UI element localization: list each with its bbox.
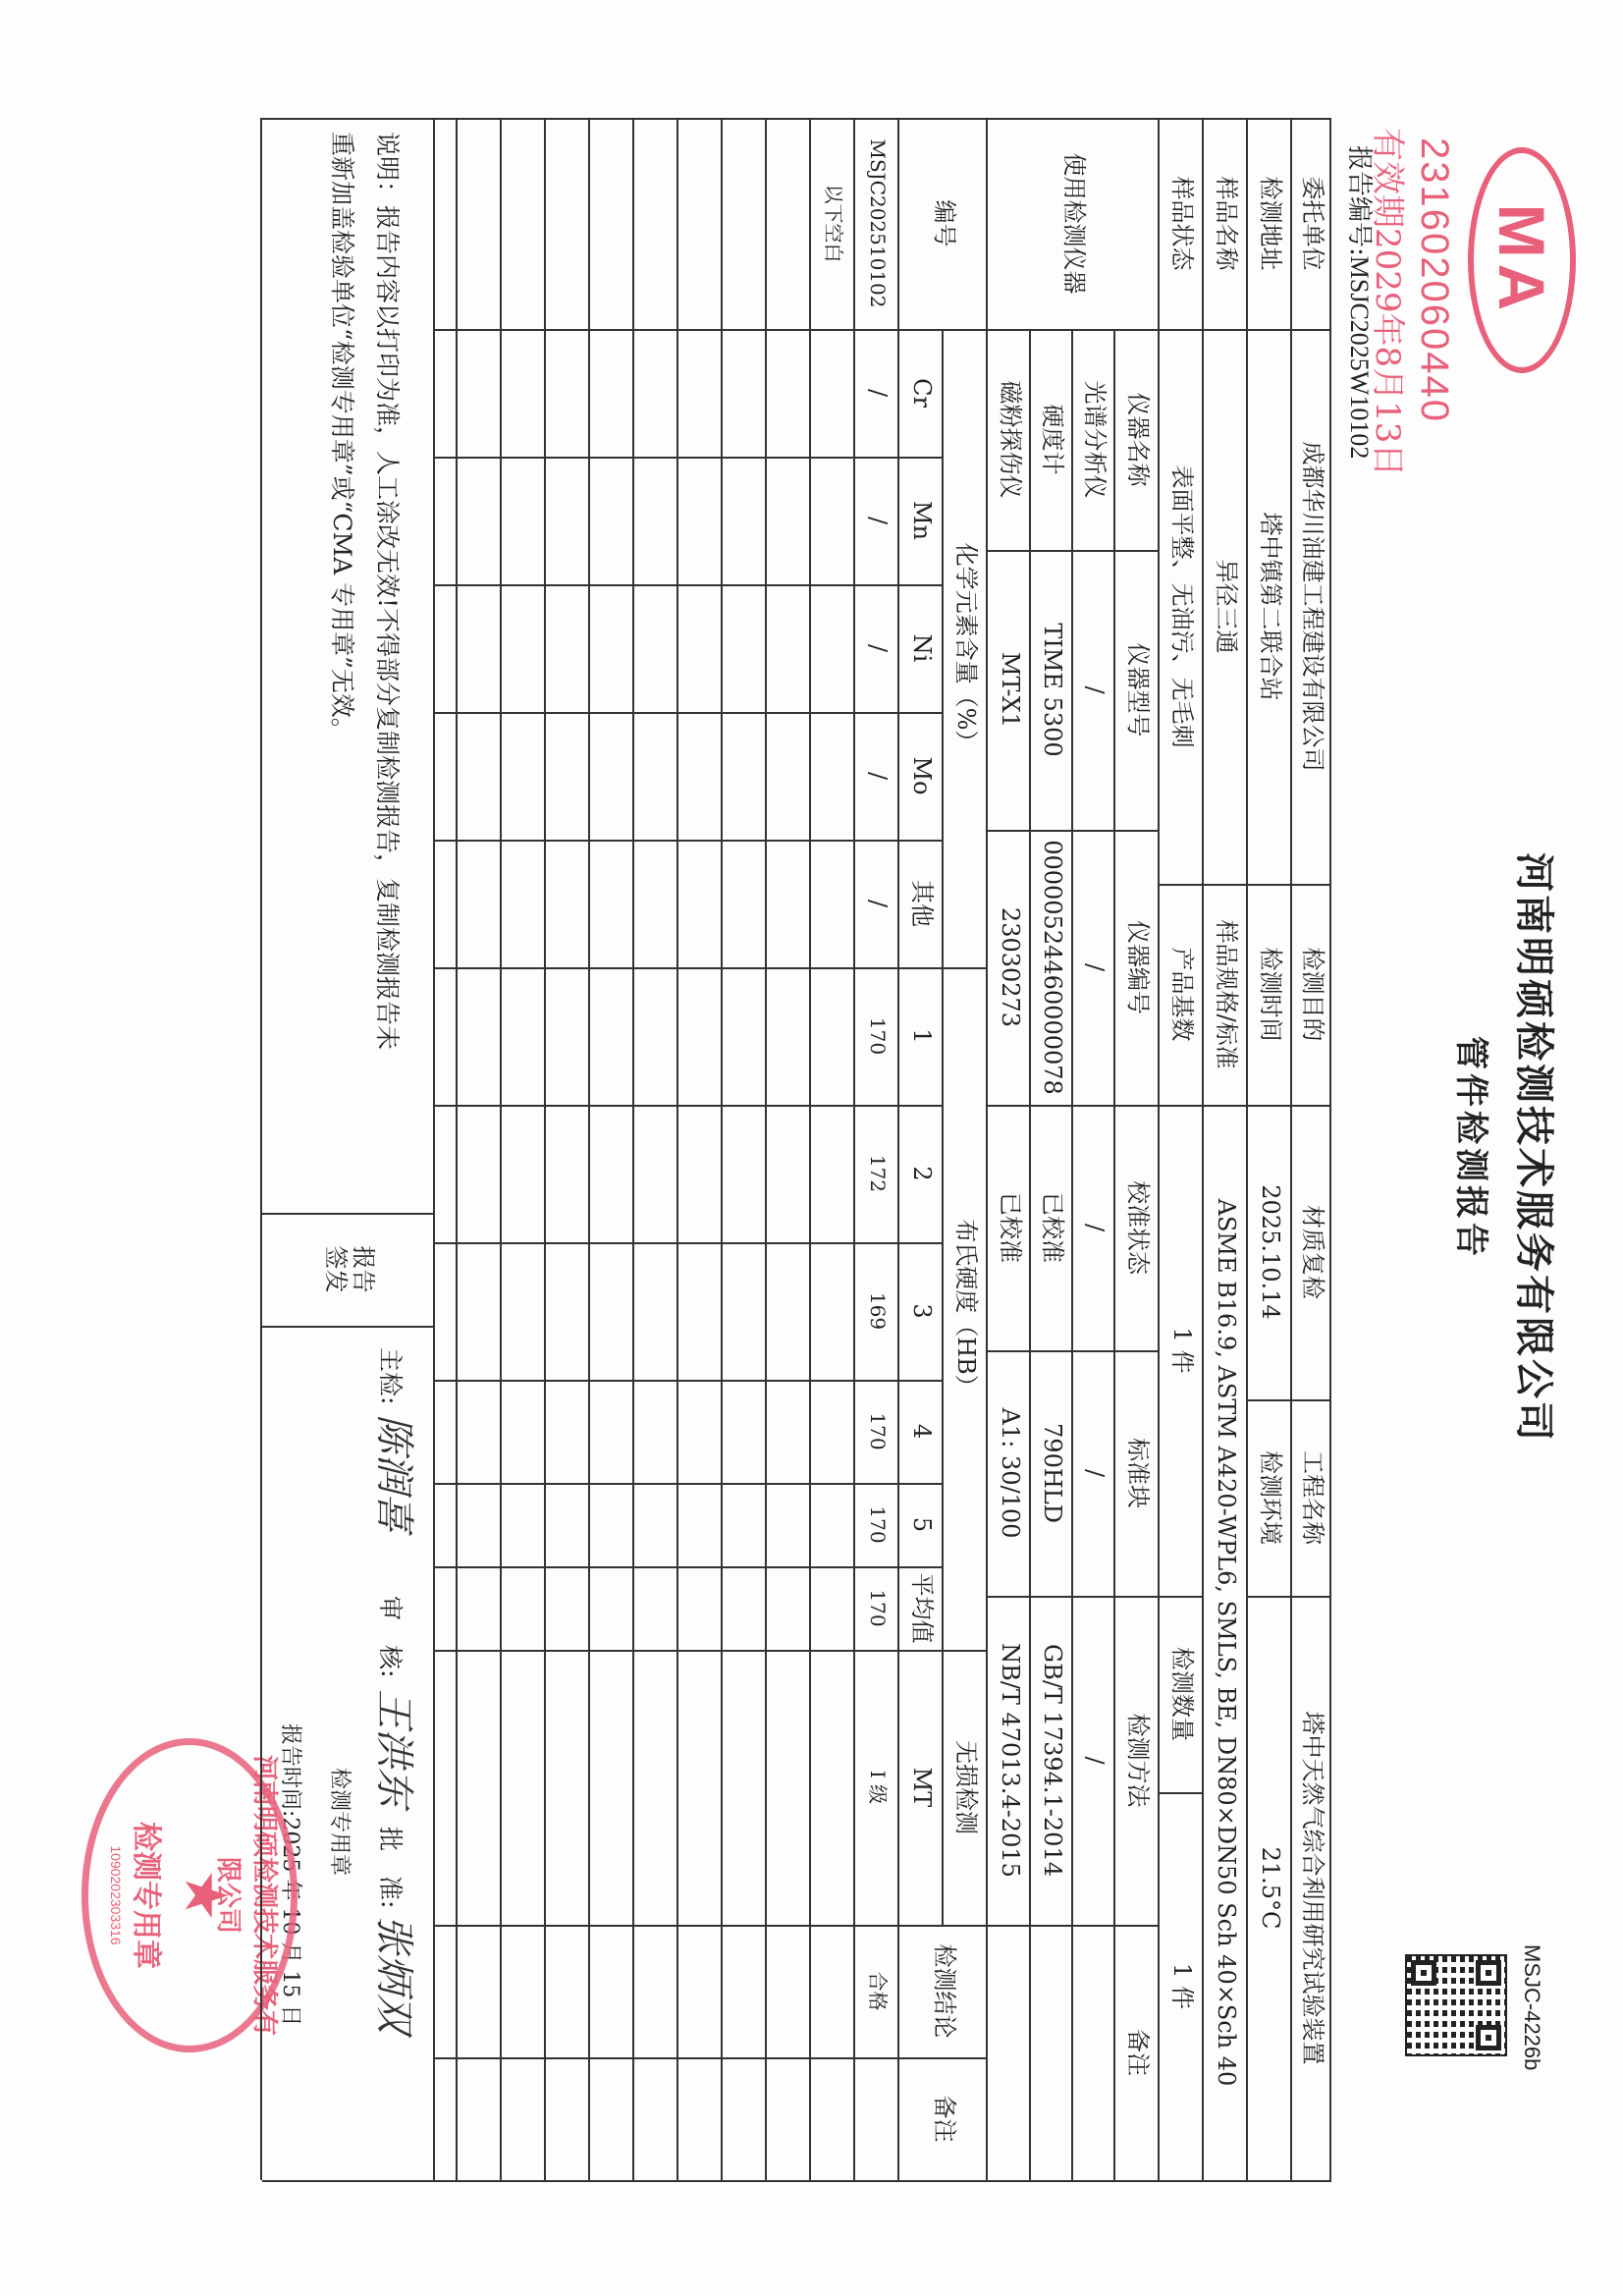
remark-cell xyxy=(855,2057,899,2180)
spec-label: 样品规格/标准 xyxy=(1204,884,1248,1105)
footer-note: 说明：报告内容以打印为准，人工涂改无效!不得部分复制检测报告，复制检测报告未 重… xyxy=(319,132,409,1202)
site-value: 塔中镇第二联合站 xyxy=(1248,329,1292,884)
instrument-cell xyxy=(1031,1925,1073,2180)
hardness-value-cell: 170 xyxy=(855,1483,899,1566)
report-number-value: MSJC2025W10102 xyxy=(1345,256,1374,460)
instrument-col-header: 标准块 xyxy=(1115,1350,1160,1596)
cma-stamp-letters: MA xyxy=(1474,153,1570,367)
footer-note-line-2: 重新加盖检验单位“检测专用章”或“CMA 专用章”无效。 xyxy=(319,132,364,1202)
instrument-cell xyxy=(988,1925,1031,2180)
instrument-cell: / xyxy=(1073,1596,1115,1925)
footer-note-line-1: 说明：报告内容以打印为准，人工涂改无效!不得部分复制检测报告，复制检测报告未 xyxy=(364,132,409,1202)
project-label: 工程名称 xyxy=(1292,1399,1331,1596)
table-rule xyxy=(544,118,546,2180)
table-rule xyxy=(456,118,458,2180)
table-rule xyxy=(721,118,723,2180)
chem-col-header: 其他 xyxy=(899,840,944,967)
reviewer-signature: 王洪东 xyxy=(369,1689,425,1807)
issue-label-line-2: 签发 xyxy=(321,1246,349,1293)
env-label: 检测环境 xyxy=(1248,1399,1292,1596)
table-rule xyxy=(500,118,502,2180)
instrument-cell: / xyxy=(1073,550,1115,830)
sample-name-label: 样品名称 xyxy=(1204,118,1248,329)
report-number: 报告编号:MSJC2025W10102 xyxy=(1343,145,1380,459)
instrument-cell: 23030273 xyxy=(988,830,1031,1105)
cma-number: 231602060440 xyxy=(1412,137,1456,423)
table-rule xyxy=(1246,118,1248,2180)
table-rule xyxy=(262,2180,1331,2182)
chem-value-cell: / xyxy=(855,584,899,712)
sample-state-label: 样品状态 xyxy=(1160,118,1204,329)
cma-stamp-icon: MA xyxy=(1468,147,1576,373)
seal-number: 1090202303316 xyxy=(108,1745,124,2046)
hardness-header: 布氏硬度（HB） xyxy=(944,967,988,1650)
test-qty-label: 检测数量 xyxy=(1160,1596,1204,1792)
spec-value: ASME B16.9, ASTM A420-WPL6, SMLS, BE, DN… xyxy=(1204,1105,1248,2180)
hardness-value-cell: 170 xyxy=(855,967,899,1105)
instrument-col-header: 检测方法 xyxy=(1115,1596,1160,1925)
instrument-col-header: 备注 xyxy=(1115,1925,1160,2180)
table-rule xyxy=(1160,884,1331,886)
table-rule xyxy=(1202,118,1204,2180)
conclusion-cell: 合格 xyxy=(855,1925,899,2057)
sample-name-value: 异径三通 xyxy=(1204,329,1248,884)
sample-id-cell: MSJC202510102 xyxy=(855,118,899,329)
instrument-cell: GB/T 17394.1-2014 xyxy=(1031,1596,1073,1925)
seal-inner-text: 检测专用章 xyxy=(128,1745,171,2046)
blank-note: 以下空白 xyxy=(811,118,855,329)
table-rule xyxy=(765,118,767,2180)
hardness-col-header: 1 xyxy=(899,967,944,1105)
instrument-cell: NB/T 47013.4-2015 xyxy=(988,1596,1031,1925)
ndt-method-header: MT xyxy=(899,1650,944,1925)
table-rule xyxy=(588,118,590,2180)
table-rule xyxy=(1160,1596,1204,1598)
table-rule xyxy=(262,1326,435,1328)
instrument-cell: / xyxy=(1073,830,1115,1105)
report-page: 河南明硕检测技术服务有限公司 管件检测报告 MSJC-4226b MA 2316… xyxy=(0,0,1623,2296)
purpose-value: 材质复检 xyxy=(1292,1105,1331,1399)
hardness-col-header: 2 xyxy=(899,1105,944,1242)
chem-col-header: Mo xyxy=(899,712,944,840)
seal-star-icon: ★ xyxy=(171,1745,240,2046)
instrument-cell: 00000524460000078 xyxy=(1031,830,1073,1105)
table-rule xyxy=(435,2057,988,2059)
table-rule xyxy=(435,1650,988,1652)
chem-col-header: Cr xyxy=(899,329,944,457)
project-value: 塔中天然气综合利用研究试验装置 xyxy=(1292,1596,1331,2180)
instrument-cell: 790HLD xyxy=(1031,1350,1073,1596)
table-rule xyxy=(262,1213,435,1215)
client-label: 委托单位 xyxy=(1292,118,1331,329)
chem-value-cell: / xyxy=(855,457,899,584)
chem-header: 化学元素含量（%） xyxy=(944,329,988,967)
table-rule xyxy=(632,118,634,2180)
reviewer-label: 审 核: xyxy=(374,1596,409,1677)
instrument-cell: MT-X1 xyxy=(988,550,1031,830)
inspection-seal-icon: 河南明硕检测技术服务有限公司 ★ 检测专用章 1090202303316 xyxy=(81,1738,298,2052)
chem-value-cell: / xyxy=(855,329,899,457)
table-rule xyxy=(1248,1399,1331,1401)
instrument-col-header: 校准状态 xyxy=(1115,1105,1160,1350)
table-rule xyxy=(262,118,1331,120)
ndt-result-cell: I 级 xyxy=(855,1650,899,1925)
inspector-signature: 陈润喜 xyxy=(369,1414,425,1532)
instrument-cell: / xyxy=(1073,1350,1115,1596)
approver-label: 批 准: xyxy=(374,1827,409,1908)
hardness-col-header: 3 xyxy=(899,1242,944,1380)
test-date-value: 2025.10.14 xyxy=(1248,1105,1292,1399)
env-value: 21.5°C xyxy=(1248,1596,1292,2180)
table-rule xyxy=(1160,1792,1204,1794)
table-rule xyxy=(676,118,678,2180)
test-date-label: 检测时间 xyxy=(1248,884,1292,1105)
hardness-value-cell: 172 xyxy=(855,1105,899,1242)
hardness-col-header: 4 xyxy=(899,1380,944,1483)
chem-col-header: Ni xyxy=(899,584,944,712)
table-rule xyxy=(1290,118,1292,2180)
purpose-label: 检测目的 xyxy=(1292,884,1331,1105)
site-label: 检测地址 xyxy=(1248,118,1292,329)
instrument-cell: TIME 5300 xyxy=(1031,550,1073,830)
table-rule xyxy=(1329,118,1331,2180)
form-code: MSJC-4226b xyxy=(1519,1944,1544,2070)
stamp-caption: 检测专用章 xyxy=(326,1768,356,1876)
hardness-col-header: 5 xyxy=(899,1483,944,1566)
instrument-col-header: 仪器编号 xyxy=(1115,830,1160,1105)
table-rule xyxy=(1248,1596,1331,1598)
hardness-col-header: 平均值 xyxy=(899,1566,944,1650)
instrument-cell: 已校准 xyxy=(988,1105,1031,1350)
remark-header: 备注 xyxy=(899,2057,988,2180)
instrument-cell xyxy=(1073,1925,1115,2180)
hardness-value-cell: 170 xyxy=(855,1380,899,1483)
report-number-label: 报告编号: xyxy=(1344,145,1374,256)
hardness-value-cell: 169 xyxy=(855,1242,899,1380)
inspector-label: 主检: xyxy=(374,1347,409,1404)
base-qty-value: 1 件 xyxy=(1160,1105,1204,1596)
issue-label-line-1: 报告 xyxy=(349,1246,376,1293)
qr-code-icon xyxy=(1405,1954,1507,2056)
instrument-col-header: 仪器型号 xyxy=(1115,550,1160,830)
instrument-cell: 磁粉探伤仪 xyxy=(988,329,1031,550)
base-qty-label: 产品基数 xyxy=(1160,884,1204,1105)
table-rule xyxy=(988,2180,1160,2182)
approver-signature: 张炳双 xyxy=(369,1915,425,2033)
hardness-value-cell: 170 xyxy=(855,1566,899,1650)
table-rule xyxy=(260,118,262,2180)
ndt-header: 无损检测 xyxy=(944,1650,988,1925)
conclusion-header: 检测结论 xyxy=(899,1925,988,2057)
chem-value-cell: / xyxy=(855,712,899,840)
instrument-cell: 硬度计 xyxy=(1031,329,1073,550)
instrument-cell: A1: 30/100 xyxy=(988,1350,1031,1596)
chem-col-header: Mn xyxy=(899,457,944,584)
table-rule xyxy=(809,118,811,2180)
test-qty-value: 1 件 xyxy=(1160,1792,1204,2180)
sample-id-header: 编号 xyxy=(899,118,988,329)
chem-value-cell: / xyxy=(855,840,899,967)
instrument-cell: 光谱分析仪 xyxy=(1073,329,1115,550)
client-value: 成都华川油建工程建设有限公司 xyxy=(1292,329,1331,884)
sample-state-value: 表面平整、无油污、无毛刺 xyxy=(1160,329,1204,884)
instrument-cell: 已校准 xyxy=(1031,1105,1073,1350)
issue-label: 报告 签发 xyxy=(262,1213,435,1326)
instrument-cell: / xyxy=(1073,1105,1115,1350)
table-rule xyxy=(1160,1105,1331,1107)
table-rule xyxy=(1160,329,1331,331)
instruments-section-label: 使用检测仪器 xyxy=(988,118,1160,329)
instrument-col-header: 仪器名称 xyxy=(1115,329,1160,550)
table-rule xyxy=(435,1925,988,1927)
table-rule xyxy=(433,118,435,2180)
